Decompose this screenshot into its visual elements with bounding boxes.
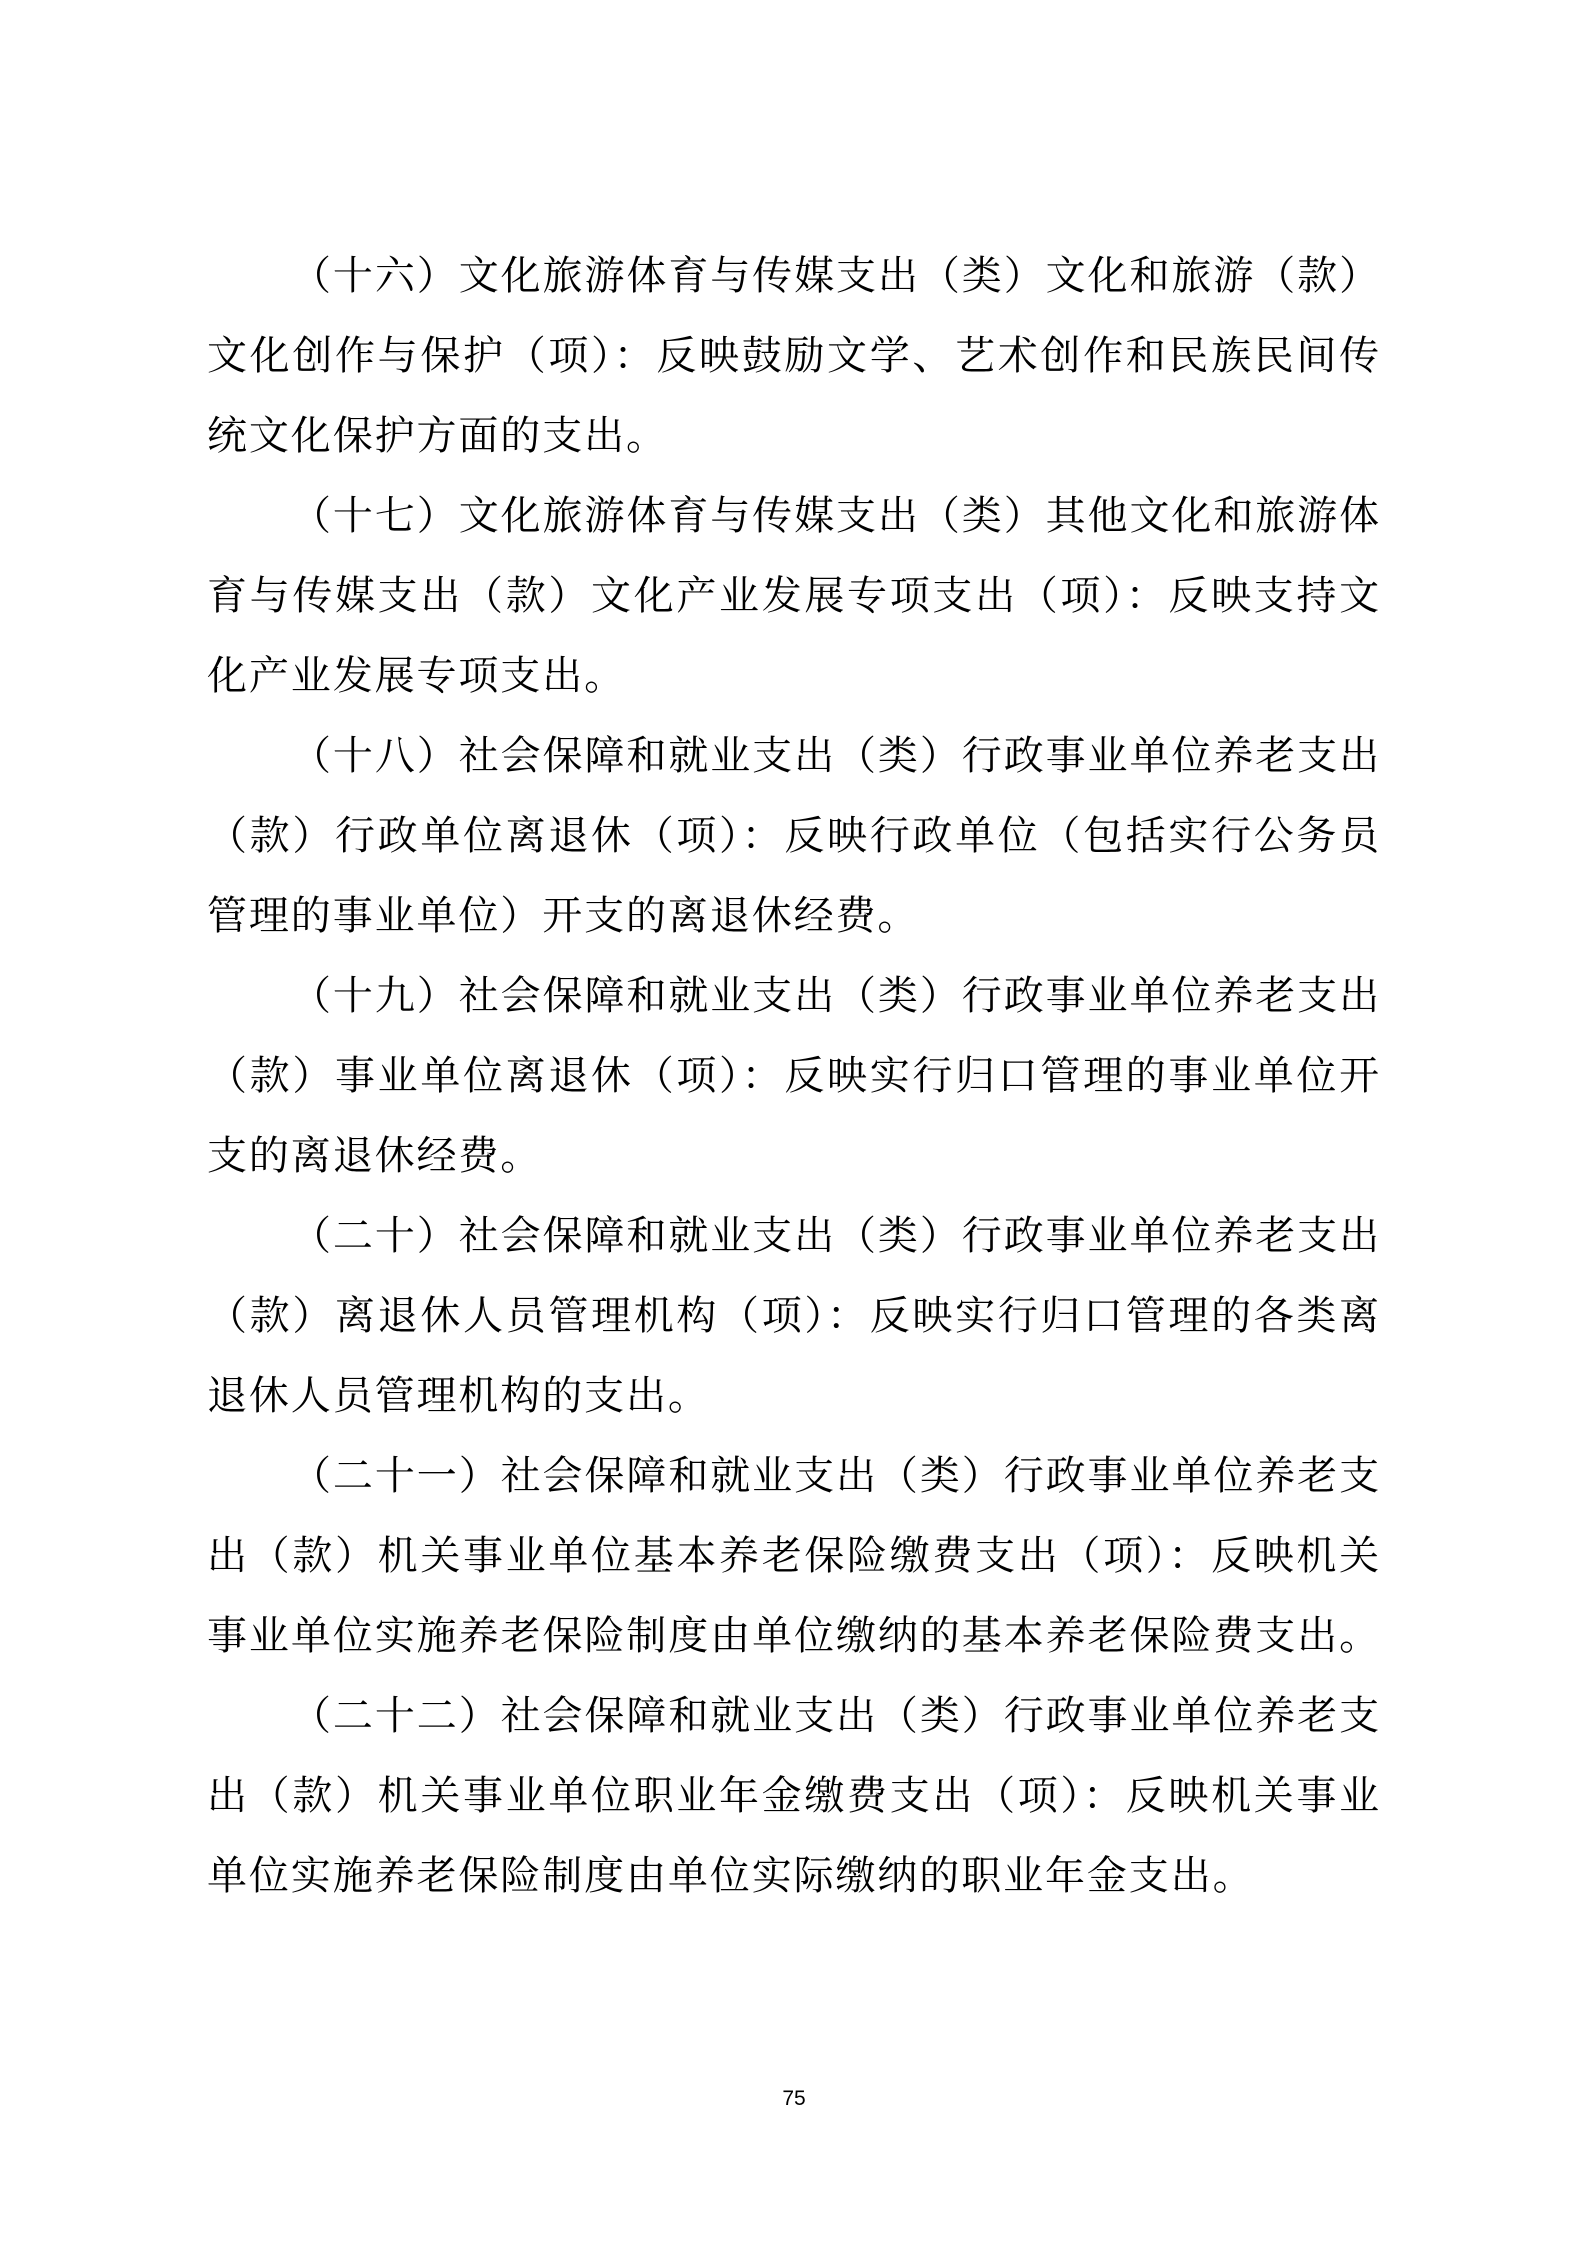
paragraph-line: 退休人员管理机构的支出。 xyxy=(207,1356,1381,1436)
paragraph-line: （二十二）社会保障和就业支出（类）行政事业单位养老支 xyxy=(207,1676,1381,1756)
paragraph-line: 管理的事业单位）开支的离退休经费。 xyxy=(207,876,1381,956)
paragraph-17: （十七）文化旅游体育与传媒支出（类）其他文化和旅游体 育与传媒支出（款）文化产业… xyxy=(207,476,1381,716)
paragraph-22: （二十二）社会保障和就业支出（类）行政事业单位养老支 出（款）机关事业单位职业年… xyxy=(207,1676,1381,1916)
paragraph-20: （二十）社会保障和就业支出（类）行政事业单位养老支出 （款）离退休人员管理机构（… xyxy=(207,1196,1381,1436)
document-page: （十六）文化旅游体育与传媒支出（类）文化和旅游（款） 文化创作与保护（项）：反映… xyxy=(0,0,1588,2245)
paragraph-18: （十八）社会保障和就业支出（类）行政事业单位养老支出 （款）行政单位离退休（项）… xyxy=(207,716,1381,956)
paragraph-line: （十七）文化旅游体育与传媒支出（类）其他文化和旅游体 xyxy=(207,476,1381,556)
paragraph-line: （款）离退休人员管理机构（项）：反映实行归口管理的各类离 xyxy=(207,1276,1381,1356)
paragraph-line: （十九）社会保障和就业支出（类）行政事业单位养老支出 xyxy=(207,956,1381,1036)
paragraph-line: （十八）社会保障和就业支出（类）行政事业单位养老支出 xyxy=(207,716,1381,796)
paragraph-line: 出（款）机关事业单位基本养老保险缴费支出（项）：反映机关 xyxy=(207,1516,1381,1596)
paragraph-line: 文化创作与保护（项）：反映鼓励文学、艺术创作和民族民间传 xyxy=(207,316,1381,396)
paragraph-line: （款）行政单位离退休（项）：反映行政单位（包括实行公务员 xyxy=(207,796,1381,876)
paragraph-16: （十六）文化旅游体育与传媒支出（类）文化和旅游（款） 文化创作与保护（项）：反映… xyxy=(207,236,1381,476)
paragraph-line: 出（款）机关事业单位职业年金缴费支出（项）：反映机关事业 xyxy=(207,1756,1381,1836)
document-body: （十六）文化旅游体育与传媒支出（类）文化和旅游（款） 文化创作与保护（项）：反映… xyxy=(207,236,1381,1916)
paragraph-line: 支的离退休经费。 xyxy=(207,1116,1381,1196)
paragraph-line: （二十）社会保障和就业支出（类）行政事业单位养老支出 xyxy=(207,1196,1381,1276)
page-number: 75 xyxy=(0,2084,1588,2114)
paragraph-line: 化产业发展专项支出。 xyxy=(207,636,1381,716)
paragraph-line: 育与传媒支出（款）文化产业发展专项支出（项）：反映支持文 xyxy=(207,556,1381,636)
paragraph-line: 统文化保护方面的支出。 xyxy=(207,396,1381,476)
paragraph-21: （二十一）社会保障和就业支出（类）行政事业单位养老支 出（款）机关事业单位基本养… xyxy=(207,1436,1381,1676)
paragraph-line: （款）事业单位离退休（项）：反映实行归口管理的事业单位开 xyxy=(207,1036,1381,1116)
paragraph-line: （十六）文化旅游体育与传媒支出（类）文化和旅游（款） xyxy=(207,236,1381,316)
paragraph-19: （十九）社会保障和就业支出（类）行政事业单位养老支出 （款）事业单位离退休（项）… xyxy=(207,956,1381,1196)
paragraph-line: 事业单位实施养老保险制度由单位缴纳的基本养老保险费支出。 xyxy=(207,1596,1381,1676)
paragraph-line: 单位实施养老保险制度由单位实际缴纳的职业年金支出。 xyxy=(207,1836,1381,1916)
paragraph-line: （二十一）社会保障和就业支出（类）行政事业单位养老支 xyxy=(207,1436,1381,1516)
